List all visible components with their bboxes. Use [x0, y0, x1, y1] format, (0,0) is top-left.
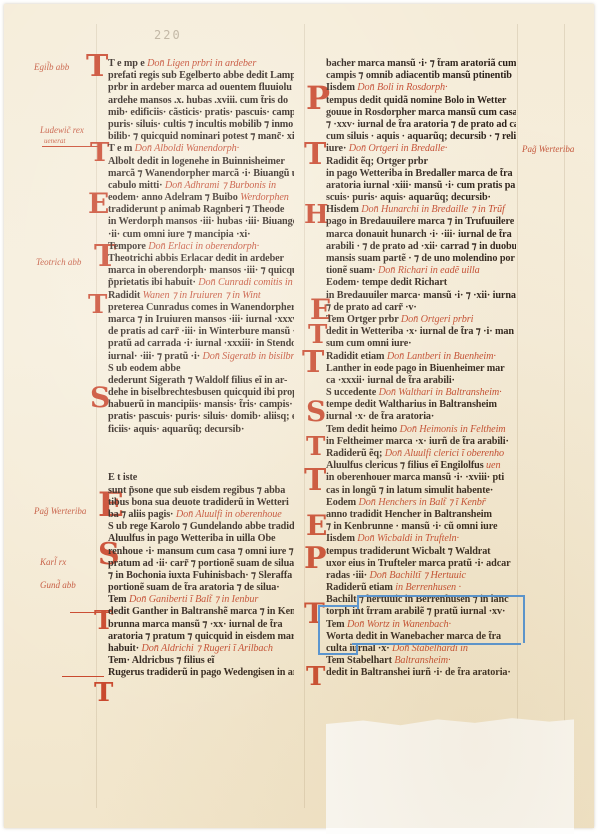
line-text: S ub rege Karolo ⁊ Gundelando abbe tradi…	[108, 521, 294, 532]
line-text: Iisdem	[326, 533, 355, 544]
manuscript-line: eodem· anno Adelram ⁊ Buibo Werdorphen	[108, 192, 294, 204]
initial-h-icon: H	[304, 202, 329, 228]
manuscript-line: campis ⁊ omnib adiacentib mansũ ptinenti…	[326, 70, 516, 82]
manuscript-line: Radidit Wanen ⁊ in Iruiuren ⁊ in Wint	[108, 290, 294, 302]
rubric-text: uen	[486, 460, 500, 471]
rubric-text: Don̄ Bachiltĩ ⁊ Hertuuic	[370, 570, 466, 581]
manuscript-line: cas in longũ ⁊ in latum simulit habente·	[326, 485, 516, 497]
manuscript-line: Tem Stabelhart Baltransheim·	[326, 655, 516, 667]
line-text: habuerũ in mancipiis· mansis· t̃ris· cam…	[108, 399, 293, 410]
line-text: pratũ ad carrada ·i· iurnal ·xxxiii· in …	[108, 338, 294, 349]
line-text: Radidit etiam	[326, 351, 384, 362]
folio-number: 220	[154, 28, 182, 42]
rubric-text: Don̄ Alboldi Wanendorph·	[135, 143, 239, 154]
rubric-text: Don̄ Richari in eadẽ uilla	[378, 265, 480, 276]
manuscript-line: Theotrichi abbis Erlacar dedit in ardebe…	[108, 253, 294, 265]
line-text: iurnal ·x· de t̃ra aratoria·	[326, 411, 434, 422]
manuscript-line	[108, 448, 294, 460]
line-text: tibus bona sua deuote tradiderũ in Wette…	[108, 497, 289, 508]
manuscript-line: E t iste	[108, 472, 294, 484]
manuscript-line: culta iurnal ·x· Don̄ Stabelhardi in	[326, 643, 516, 655]
manuscript-line: marcã ⁊ Wanendorpher marcã ·i· Biuangũ u…	[108, 168, 294, 180]
line-text: tionẽ suam·	[326, 265, 376, 276]
initial-t-icon: T	[306, 434, 325, 460]
manuscript-line: marca donauit hunarch ·i· ·iii· iurnal d…	[326, 229, 516, 241]
margin-note: Ludewic̃ rex	[40, 125, 84, 135]
line-text: de pratis ad carr̃ ·iii· in Winterbure m…	[108, 326, 294, 337]
manuscript-line: ⁊ in Kenbrunne · mansũ ·i· cũ omni iure	[326, 521, 516, 533]
line-text: dedit in Baltranshei iurñ ·i· de t̃ra ar…	[326, 667, 511, 678]
line-text: eodem· anno Adelram ⁊ Buibo	[108, 192, 238, 203]
margin-note: Egil̃b abb	[34, 62, 69, 72]
manuscript-line: habuit· Don̄ Aldrichi ⁊ Rugeri ĩ Arilbac…	[108, 643, 294, 655]
manuscript-line: in Feltheimer marca ·x· iurñ de t̃ra ara…	[326, 436, 516, 448]
manuscript-line: puris· siluis· cultis ⁊ incultis mobilib…	[108, 119, 294, 131]
line-text: in oberenhouer marca mansũ ·i· ·xviii· p…	[326, 472, 504, 483]
manuscript-line: bilib· ⁊ quicquid nominari potest ⁊ manc…	[108, 131, 294, 143]
manuscript-line: dedit Ganther in Baltranshẽ marca ⁊ in K…	[108, 606, 294, 618]
manuscript-line: tionẽ suam· Don̄ Richari in eadẽ uilla	[326, 265, 516, 277]
manuscript-line: Eodem· tempe dedit Richart	[326, 277, 516, 289]
manuscript-line: pratis· pascuis· puris· siluis· domib· a…	[108, 411, 294, 423]
manuscript-line: tibus bona sua deuote tradiderũ in Wette…	[108, 497, 294, 509]
initial-t-icon: T	[302, 348, 324, 378]
manuscript-line: Tem· Aldricbus ⁊ filius eĩ	[108, 655, 294, 667]
rubric-text: in Berrenhusen ·	[395, 582, 461, 593]
manuscript-line: ·ii· cum omni iure ⁊ mancipia ·xi·	[108, 229, 294, 241]
line-text: Radidit ẽq; Ortger prbr	[326, 156, 428, 167]
line-text: dedit Ganther in Baltranshẽ marca ⁊ in K…	[108, 606, 294, 617]
manuscript-line: Eodem Don̄ Henchers in Balt̃ ⁊ ĩ Kenbr̃	[326, 497, 516, 509]
margin-note: Pag̃ Werteriba	[34, 506, 86, 516]
guide-line	[70, 612, 110, 613]
line-text: S ub eodem abbe	[108, 363, 180, 374]
rubric-text: Don̄ Aluulfi clerici ĩ oberenho	[385, 448, 504, 459]
line-text: mansis suam partẽ · ⁊ de uno molendino p…	[326, 253, 515, 264]
rubric-text: Don̄ Walthari in Baltransheim·	[379, 387, 502, 398]
line-text: tempus tradiderunt Wicbalt ⁊ Waldrat	[326, 546, 490, 557]
line-text: sunt p̃sone que sub eisdem regibus ⁊ abb…	[108, 485, 285, 496]
initial-t-icon: T	[88, 292, 107, 318]
ruling-line	[517, 24, 518, 808]
line-text: aratoria ⁊ pratum ⁊ quicquid in eisdem m…	[108, 631, 294, 642]
initial-s-icon: S	[306, 398, 326, 426]
manuscript-line: cum siluis · aquis · aquarũq; decursib ·…	[326, 131, 516, 143]
margin-note: Gund̃ abb	[40, 580, 76, 590]
line-text: prbr in ardeber marca ad ouentem fluuiol…	[108, 82, 294, 93]
line-text: ⁊ de prato ad carr̃ ·v·	[326, 302, 417, 313]
manuscript-line: preterea Cunradus comes in Wanendorpher	[108, 302, 294, 314]
rubric-text: Don̄ Ortgeri in Bredalle·	[349, 143, 448, 154]
rubric-text: Don̄ Hunarchi in Bredaille ⁊ in Trũf	[361, 204, 504, 215]
line-text: marcã ⁊ Wanendorpher marcã ·i· Biuangũ u…	[108, 168, 294, 179]
line-text: in Feltheimer marca ·x· iurñ de t̃ra ara…	[326, 436, 509, 447]
manuscript-line: anno tradidit Hencher in Baltransheim	[326, 509, 516, 521]
manuscript-line: Aluulfus clericus ⁊ filius eĩ Engilolfus…	[326, 460, 516, 472]
line-text: renhoue ·i· mansum cum casa ⁊ omni iure …	[108, 546, 294, 557]
manuscript-line: ficiis· aquis· aquarũq; decursib·	[108, 424, 294, 436]
manuscript-line: tempe dedit Waltharius in Baltransheim	[326, 399, 516, 411]
rubric-text: Don̄ Henchers in Balt̃ ⁊ ĩ Kenbr̃	[359, 497, 486, 508]
line-text: ⁊ ·xxv· iurnal de t̃ra aratoria ⁊ de pra…	[326, 119, 516, 130]
rubric-text: Don̄ Cunradi comitis in	[198, 277, 292, 288]
manuscript-line: dehe in biselbrechtesbusen quicquid ibi …	[108, 387, 294, 399]
manuscript-line: ba ⁊ aliis pagis· Don̄ Aluulfi in oberen…	[108, 509, 294, 521]
line-text: anno tradidit Hencher in Baltransheim	[326, 509, 492, 520]
manuscript-line: de pratis ad carr̃ ·iii· in Winterbure m…	[108, 326, 294, 338]
manuscript-line: Radidit ẽq; Ortger prbr	[326, 156, 516, 168]
manuscript-line: Albolt dedit in logenehe in Buinnisheime…	[108, 156, 294, 168]
manuscript-line: Tem dedit heimo Don̄ Heimonis in Felthei…	[326, 424, 516, 436]
manuscript-line: T e m Don̄ Alboldi Wanendorph·	[108, 143, 294, 155]
rubric-text: Baltransheim·	[394, 655, 450, 666]
manuscript-line: torph int t̃rram arabilẽ ⁊ pratũ iurnal …	[326, 606, 516, 618]
line-text: tempus dedit quidã nomine Bolo in Wetter	[326, 95, 506, 106]
line-text: p̃prietatis ibi habuit·	[108, 277, 196, 288]
manuscript-line: S ub rege Karolo ⁊ Gundelando abbe tradi…	[108, 521, 294, 533]
line-text: habuit·	[108, 643, 139, 654]
initial-t-icon: T	[86, 52, 108, 82]
manuscript-line: ⁊ de prato ad carr̃ ·v·	[326, 302, 516, 314]
rubric-text: Wanen ⁊ in Iruiuren ⁊ in Wint	[143, 290, 261, 301]
manuscript-line: pratum ad ·ii· carr̃ ⁊ portionẽ suam de …	[108, 558, 294, 570]
manuscript-line: iurnal· ·iii· ⁊ pratũ ·i· Don̄ Sigeratb …	[108, 351, 294, 363]
margin-note: uenerat	[44, 137, 65, 145]
manuscript-line: mib· edificiis· cãsticis· pratis· pascui…	[108, 107, 294, 119]
rubric-text: Don̄ Aldrichi ⁊ Rugeri ĩ Arilbach	[141, 643, 272, 654]
line-text: Worta dedit in Wanebacher marca de t̃ra	[326, 631, 501, 642]
line-text: dehe in biselbrechtesbusen quicquid ibi …	[108, 387, 294, 398]
initial-t-icon: T	[94, 680, 113, 706]
initial-t-icon: T	[304, 466, 326, 496]
line-text: T e m	[108, 143, 132, 154]
line-text: Rugerus tradiderũ in pago Wedengisen in …	[108, 667, 294, 678]
line-text: Theotrichi abbis Erlacar dedit in ardebe…	[108, 253, 284, 264]
manuscript-line: Tem Don̄ Wortz in Wanenbach·	[326, 619, 516, 631]
manuscript-line: Radidit etiam Don̄ Lantberi in Buenheim·	[326, 351, 516, 363]
initial-t-icon: T	[304, 600, 325, 628]
manuscript-line: in oberenhouer marca mansũ ·i· ·xviii· p…	[326, 472, 516, 484]
manuscript-line: aratoria ⁊ pratum ⁊ quicquid in eisdem m…	[108, 631, 294, 643]
line-text: marca donauit hunarch ·i· ·iii· iurnal d…	[326, 229, 512, 240]
line-text: marca in oberendorph· mansos ·iii· ⁊ qui…	[108, 265, 294, 276]
manuscript-line: Worta dedit in Wanebacher marca de t̃ra	[326, 631, 516, 643]
line-text: pago in Bredauuilere marca ⁊ in Trufuuil…	[326, 216, 514, 227]
manuscript-line: Bachilt ⁊ hertuuic in Berrenhusen ⁊ in l…	[326, 594, 516, 606]
rubric-text: Don̄ Aluulfi in oberenhoue	[176, 509, 282, 520]
line-text: ⁊ in Bochonia iuxta Fuhinisbach· ⁊ Slera…	[108, 570, 292, 581]
initial-t-icon: T	[90, 140, 109, 166]
line-text: scuis· puris· aquis· aquarũq; decursib·	[326, 192, 491, 203]
line-text: ardehe mansos .x. hubas .xviii. cum t̃ri…	[108, 95, 288, 106]
manuscript-line: in pago Wetteriba in Bredaller marca de …	[326, 168, 516, 180]
line-text: Tem Ortger prbr	[326, 314, 398, 325]
line-text: gouue in Rosdorpher marca mansũ cum casa	[326, 107, 516, 118]
line-text: Tem	[326, 619, 345, 630]
manuscript-line: scuis· puris· aquis· aquarũq; decursib·	[326, 192, 516, 204]
torn-page-corner	[326, 717, 574, 834]
initial-e-icon: E	[306, 512, 327, 540]
line-text: ba ⁊ aliis pagis·	[108, 509, 173, 520]
line-text: Aluulfus in pago Wetteriba in uilla Obe	[108, 533, 275, 544]
manuscript-line: habuerũ in mancipiis· mansis· t̃ris· cam…	[108, 399, 294, 411]
rubric-text: Don̄ Stabelhardi in	[392, 643, 468, 654]
ruling-line	[564, 24, 565, 808]
manuscript-line: aratoria iurnal ·xiii· mansũ ·i· cum pra…	[326, 180, 516, 192]
line-text: pratis· pascuis· puris· siluis· domib· a…	[108, 411, 294, 422]
manuscript-line: tempus dedit quidã nomine Bolo in Wetter	[326, 95, 516, 107]
manuscript-line: S uccedente Don̄ Walthari in Baltranshei…	[326, 387, 516, 399]
line-text: mib· edificiis· cãsticis· pratis· pascui…	[108, 107, 294, 118]
line-text: in pago Wetteriba in Bredaller marca de …	[326, 168, 513, 179]
manuscript-line: Aluulfus in pago Wetteriba in uilla Obe	[108, 533, 294, 545]
initial-p-icon: P	[304, 544, 327, 574]
line-text: campis ⁊ omnib adiacentib mansũ ptinenti…	[326, 70, 512, 81]
manuscript-line: pago in Bredauuilere marca ⁊ in Trufuuil…	[326, 216, 516, 228]
line-text: Aluulfus clericus ⁊ filius eĩ Engilolfus	[326, 460, 484, 471]
initial-e-icon: E	[88, 190, 109, 218]
manuscript-line: T e mp e Don̄ Ligen prbri in ardeber	[108, 58, 294, 70]
line-text: Bachilt ⁊ hertuuic in Berrenhusen ⁊ in l…	[326, 594, 509, 605]
rubric-text: Don̄ Ortgeri prbri	[401, 314, 473, 325]
manuscript-line: portionẽ suam de t̃ra aratoria ⁊ de silu…	[108, 582, 294, 594]
line-text: uxor eius in Trufteler marca pratũ ·i· a…	[326, 558, 511, 569]
line-text: brunna marca mansũ ⁊ ·xx· iurnal de t̃ra	[108, 619, 282, 630]
manuscript-line: cabulo mitti· Don̄ Adhrami ⁊ Burbonis in	[108, 180, 294, 192]
manuscript-line: Tempore Don̄ Erlaci in oberendorph·	[108, 241, 294, 253]
manuscript-line: iure· Don̄ Ortgeri in Bredalle·	[326, 143, 516, 155]
line-text: in Werdorph mansos ·iii· hubas ·iii· Biu…	[108, 216, 294, 227]
manuscript-line: marca in oberendorph· mansos ·iii· ⁊ qui…	[108, 265, 294, 277]
line-text: sum cum omni iure·	[326, 338, 411, 349]
line-text: iure·	[326, 143, 346, 154]
manuscript-line: marca ⁊ in Iruiuren mansos ·iii· iurnal …	[108, 314, 294, 326]
manuscript-line: renhoue ·i· mansum cum casa ⁊ omni iure …	[108, 546, 294, 558]
manuscript-line: sum cum omni iure·	[326, 338, 516, 350]
initial-t-icon: T	[306, 664, 325, 690]
rubric-text: Don̄ Wicbaldi in Trufteln·	[357, 533, 459, 544]
line-text: arabili · ⁊ de prato ad ·xii· carrad ⁊ i…	[326, 241, 516, 252]
line-text: Tempore	[108, 241, 146, 252]
line-text: puris· siluis· cultis ⁊ incultis mobilib…	[108, 119, 293, 130]
manuscript-line	[108, 460, 294, 472]
manuscript-line: radas ·iii· Don̄ Bachiltĩ ⁊ Hertuuic	[326, 570, 516, 582]
line-text: Iisdem	[326, 82, 355, 93]
line-text: Hisdem	[326, 204, 359, 215]
rubric-text: Don̄ Boli in Rosdorph·	[357, 82, 447, 93]
line-text: portionẽ suam de t̃ra aratoria ⁊ de silu…	[108, 582, 280, 593]
line-text: Albolt dedit in logenehe in Buinnisheime…	[108, 156, 285, 167]
manuscript-line: in Werdorph mansos ·iii· hubas ·iii· Biu…	[108, 216, 294, 228]
line-text: tradiderunt p animab̃ Ragnberi ⁊ Theode	[108, 204, 284, 215]
line-text: dederunt Sigerath ⁊ Waldolf filius eĩ in…	[108, 375, 287, 386]
manuscript-page: 220 T T E T T S E S T T P T H E T T S T …	[4, 4, 594, 828]
manuscript-line: Rugerus tradiderũ in pago Wedengisen in …	[108, 667, 294, 679]
manuscript-line: dedit in Baltranshei iurñ ·i· de t̃ra ar…	[326, 667, 516, 679]
manuscript-line: gouue in Rosdorpher marca mansũ cum casa	[326, 107, 516, 119]
manuscript-line: ardehe mansos .x. hubas .xviii. cum t̃ri…	[108, 95, 294, 107]
line-text: prefati regis sub Egelberto abbe dedit L…	[108, 70, 294, 81]
manuscript-line: Radiderũ ẽq; Don̄ Aluulfi clerici ĩ ober…	[326, 448, 516, 460]
manuscript-line: prefati regis sub Egelberto abbe dedit L…	[108, 70, 294, 82]
line-text: cabulo mitti·	[108, 180, 162, 191]
line-text: culta iurnal ·x·	[326, 643, 390, 654]
manuscript-line: Tem Don̄ Ganiberti ĩ Balt̃ ⁊ in Ienbur	[108, 594, 294, 606]
line-text: ·ii· cum omni iure ⁊ mancipia ·xi·	[108, 229, 250, 240]
rubric-text: Don̄ Adhrami ⁊ Burbonis in	[165, 180, 276, 191]
line-text: marca ⁊ in Iruiuren mansos ·iii· iurnal …	[108, 314, 294, 325]
manuscript-line: Hisdem Don̄ Hunarchi in Bredaille ⁊ in T…	[326, 204, 516, 216]
text-column-left: T e mp e Don̄ Ligen prbri in ardeberpref…	[108, 58, 294, 680]
initial-t-icon: T	[304, 140, 326, 170]
manuscript-line: ⁊ ·xxv· iurnal de t̃ra aratoria ⁊ de pra…	[326, 119, 516, 131]
manuscript-line: pratũ ad carrada ·i· iurnal ·xxxiii· in …	[108, 338, 294, 350]
line-text: iurnal· ·iii· ⁊ pratũ ·i·	[108, 351, 200, 362]
guide-line	[42, 146, 100, 147]
rubric-text: Don̄ Ganiberti ĩ Balt̃ ⁊ in Ienbur	[129, 594, 258, 605]
manuscript-line: tradiderunt p animab̃ Ragnberi ⁊ Theode	[108, 204, 294, 216]
manuscript-line: mansis suam partẽ · ⁊ de uno molendino p…	[326, 253, 516, 265]
line-text: ficiis· aquis· aquarũq; decursib·	[108, 424, 244, 435]
line-text: radas ·iii·	[326, 570, 367, 581]
manuscript-line: Iisdem Don̄ Wicbaldi in Trufteln·	[326, 533, 516, 545]
manuscript-line: bacher marca mansũ ·i· ⁊ t̃ram aratoriã …	[326, 58, 516, 70]
manuscript-line: ⁊ in Bochonia iuxta Fuhinisbach· ⁊ Slera…	[108, 570, 294, 582]
line-text: Radiderũ etiam	[326, 582, 393, 593]
margin-note: Teotrich abb	[36, 257, 81, 267]
rubric-text: Don̄ Ligen prbri in ardeber	[147, 58, 256, 69]
rubric-text: Werdorphen	[240, 192, 289, 203]
line-text: ca ·xxxii· iurnal de t̃ra arabili·	[326, 375, 455, 386]
manuscript-line: ca ·xxxii· iurnal de t̃ra arabili·	[326, 375, 516, 387]
line-text: Lanther in eode pago in Biuenheimer mar	[326, 363, 505, 374]
line-text: torph int t̃rram arabilẽ ⁊ pratũ iurnal …	[326, 606, 505, 617]
line-text: tempe dedit Waltharius in Baltransheim	[326, 399, 497, 410]
line-text: cas in longũ ⁊ in latum simulit habente·	[326, 485, 493, 496]
manuscript-line: Lanther in eode pago in Biuenheimer mar	[326, 363, 516, 375]
manuscript-line: Radiderũ etiam in Berrenhusen ·	[326, 582, 516, 594]
manuscript-line: in Bredauuiler marca· mansũ ·i· ⁊ ·xii· …	[326, 290, 516, 302]
margin-note: Karl̃ rx	[40, 557, 66, 567]
rubric-text: Don̄ Sigeratb in bisilbrec	[202, 351, 294, 362]
manuscript-line	[108, 436, 294, 448]
line-text: pratum ad ·ii· carr̃ ⁊ portionẽ suam de …	[108, 558, 294, 569]
text-column-right: bacher marca mansũ ·i· ⁊ t̃ram aratoriã …	[326, 58, 516, 680]
line-text: T e mp e	[108, 58, 145, 69]
line-text: Tem· Aldricbus ⁊ filius eĩ	[108, 655, 214, 666]
line-text: dedit in Wetteriba ·x· iurnal de t̃ra ⁊ …	[326, 326, 514, 337]
line-text: S uccedente	[326, 387, 376, 398]
manuscript-line: Tem Ortger prbr Don̄ Ortgeri prbri	[326, 314, 516, 326]
line-text: aratoria iurnal ·xiii· mansũ ·i· cum pra…	[326, 180, 515, 191]
manuscript-line: dederunt Sigerath ⁊ Waldolf filius eĩ in…	[108, 375, 294, 387]
line-text: Radiderũ ẽq;	[326, 448, 382, 459]
line-text: E t iste	[108, 472, 137, 483]
line-text: in Bredauuiler marca· mansũ ·i· ⁊ ·xii· …	[326, 290, 516, 301]
rubric-text: Don̄ Wortz in Wanenbach·	[347, 619, 451, 630]
manuscript-line: arabili · ⁊ de prato ad ·xii· carrad ⁊ i…	[326, 241, 516, 253]
line-text: bilib· ⁊ quicquid nominari potest ⁊ manc…	[108, 131, 294, 142]
line-text: preterea Cunradus comes in Wanendorpher	[108, 302, 294, 313]
manuscript-line: prbr in ardeber marca ad ouentem fluuiol…	[108, 82, 294, 94]
line-text: Eodem· tempe dedit Richart	[326, 277, 447, 288]
line-text: bacher marca mansũ ·i· ⁊ t̃ram aratoriã …	[326, 58, 516, 69]
rubric-text: Don̄ Heimonis in Feltheim	[400, 424, 506, 435]
manuscript-line: dedit in Wetteriba ·x· iurnal de t̃ra ⁊ …	[326, 326, 516, 338]
line-text: Eodem	[326, 497, 356, 508]
line-text: Tem	[108, 594, 127, 605]
line-text: ⁊ in Kenbrunne · mansũ ·i· cũ omni iure	[326, 521, 497, 532]
manuscript-line: Iisdem Don̄ Boli in Rosdorph·	[326, 82, 516, 94]
line-text: Tem dedit heimo	[326, 424, 397, 435]
rubric-text: Don̄ Lantberi in Buenheim·	[387, 351, 496, 362]
manuscript-line: brunna marca mansũ ⁊ ·xx· iurnal de t̃ra	[108, 619, 294, 631]
margin-note: Pag̃ Werteriba	[522, 144, 574, 154]
line-text: Radidit	[108, 290, 140, 301]
manuscript-line: sunt p̃sone que sub eisdem regibus ⁊ abb…	[108, 485, 294, 497]
manuscript-line: p̃prietatis ibi habuit· Don̄ Cunradi com…	[108, 277, 294, 289]
rubric-text: Don̄ Erlaci in oberendorph·	[148, 241, 259, 252]
manuscript-line: iurnal ·x· de t̃ra aratoria·	[326, 411, 516, 423]
manuscript-line: S ub eodem abbe	[108, 363, 294, 375]
line-text: Tem Stabelhart	[326, 655, 392, 666]
manuscript-line: tempus tradiderunt Wicbalt ⁊ Waldrat	[326, 546, 516, 558]
line-text: cum siluis · aquis · aquarũq; decursib ·…	[326, 131, 516, 142]
manuscript-line: uxor eius in Trufteler marca pratũ ·i· a…	[326, 558, 516, 570]
guide-line	[62, 676, 104, 677]
